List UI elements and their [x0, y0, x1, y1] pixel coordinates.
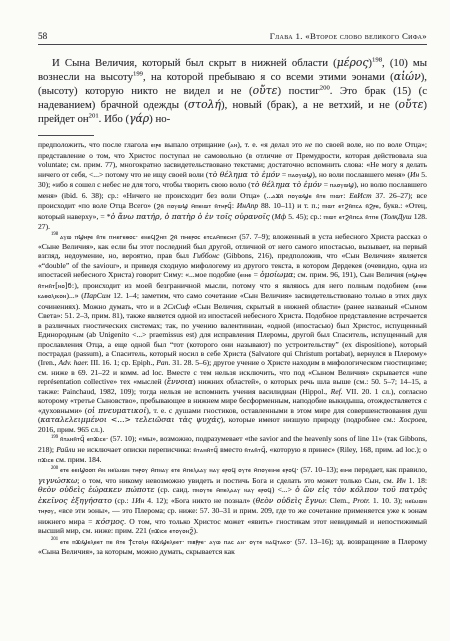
text-run: не исключает описки переписчика:: [75, 445, 193, 454]
coptic-text: ⲁϫⲛ̄ ⲡⲟⲩⲱϣⲉ ⲛ̄ⲧⲉ ⲡⲓⲱⲧ: [272, 192, 343, 200]
greek-text: αἰών: [394, 70, 421, 83]
italic-text: Хосроев: [399, 415, 425, 424]
greek-text: μέρος: [337, 56, 369, 69]
footnote-marker: 199: [133, 71, 143, 78]
running-title: Глава 1. «Второе слово великого Сифа»: [270, 31, 427, 41]
greek-text: στολή: [188, 98, 221, 111]
italic-text: Райли: [56, 445, 75, 454]
text-run: ), но воли пославшего меня» (: [312, 170, 410, 179]
greek-text: οὔτε: [253, 84, 278, 97]
greek-text: τὸ θέλημα τὸ ἐμόν: [251, 180, 322, 189]
text-run: ; о том, что никому невозможно увидеть и…: [77, 476, 396, 485]
text-run: =: [280, 170, 288, 179]
coptic-text: ⲉⲧⲉ ⲡϫⲓϣⲉⲗⲉⲉⲧ ⲡⲉ ⲛ̄ⲧⲉ ϯⲥⲧⲟⲗⲏ ⲛ̄ϫⲓϣⲉⲗⲉⲉⲧ·…: [60, 538, 292, 546]
text-run: 5. 45); ср.:: [286, 212, 323, 221]
italic-text: 2СлСиф: [163, 302, 189, 311]
footnote-number: 199: [51, 435, 58, 440]
coptic-text: ⲉⲓⲣⲉ: [151, 141, 162, 149]
greek-text: οἱ πνευματικοί: [87, 406, 146, 415]
italic-text: ЕвИст: [349, 191, 371, 200]
page-header: 58 Глава 1. «Второе слово великого Сифа»: [38, 31, 427, 45]
italic-text: ПарСим: [84, 291, 111, 300]
greek-text: γάρ: [129, 112, 149, 125]
footnotes: предположить, что после глагола ⲉⲓⲣⲉ вып…: [38, 140, 427, 556]
footnote-paragraph: 200ⲉⲧⲉ ⲉⲉⲓϣⲟⲟⲡ ⲙ̄ⲛ ⲛⲉⲓ̈ⲁⲓⲱⲛ ⲧⲏⲣⲟⲩ ⲙ̄ⲡⲛⲁⲩ…: [38, 465, 427, 536]
italic-text: Гиббонс: [193, 251, 219, 260]
footnote-paragraph: 201ⲉⲧⲉ ⲡϫⲓϣⲉⲗⲉⲉⲧ ⲡⲉ ⲛ̄ⲧⲉ ϯⲥⲧⲟⲗⲏ ⲛ̄ϫⲓϣⲉⲗⲉ…: [38, 537, 427, 557]
greek-text: τὸ θέλημα τὸ ἐμόν: [208, 170, 279, 179]
text-run: ; см. прим. 96, 191), Сын Величия (: [293, 270, 408, 279]
coptic-text: ⲛ̄ⲧⲁⲛⲛ̄ⲧϥ̄ ⲉⲡϫⲓⲥⲉ·: [60, 435, 108, 443]
text-run: )...» (: [66, 291, 83, 300]
italic-text: Ин: [397, 476, 406, 485]
italic-text: Ref.: [331, 387, 343, 396]
text-run: ), новый (брак), а не ветхий, и не (: [221, 99, 399, 111]
greek-text: καταλελειμμένοι <...> τελειῶσαι τὰς ψυχά…: [41, 415, 221, 424]
coptic-text: ⲛ̄ⲧⲁⲛ̄ⲧϥ̄: [245, 446, 266, 454]
coptic-text: ⲉⲓⲛⲉ: [240, 271, 252, 279]
greek-text: θεὸν οὐδεὶς ἔγνω: [256, 496, 325, 505]
text-run: , «которую я принес» (Riley, 168, прим. …: [266, 445, 427, 454]
text-run: ) но-: [149, 113, 170, 125]
italic-text: 1Ин: [131, 496, 144, 505]
text-run: ) <...>: [272, 485, 295, 494]
text-run: (ср.:: [112, 496, 131, 505]
coptic-text: ⲡⲁⲟⲩⲱϣ: [288, 171, 312, 179]
footnote-separator: [38, 135, 94, 136]
footnote-number: 200: [51, 466, 58, 471]
greek-text: γιγνώσκω: [38, 476, 77, 485]
italic-text: не: [305, 140, 312, 149]
coptic-text: ⲡϫⲓⲥⲉ ⲉⲧⲟⲩⲟⲛϩ̄: [151, 527, 193, 535]
page-number: 58: [38, 31, 47, 41]
footnote-marker: 200: [320, 85, 330, 92]
italic-text: ИнАпр: [237, 201, 258, 210]
italic-text: ТолкДуш: [383, 212, 411, 221]
book-page: 58 Глава 1. «Второе слово великого Сифа»…: [0, 0, 450, 641]
text-run: И Сына Величия, который был скрыт в нижн…: [52, 57, 337, 69]
coptic-text: ⲡⲓⲱⲧ ⲉⲧϩⲛ̄ⲡⲥⲁ ⲛ̄ⲧⲡⲉ: [324, 213, 379, 221]
italic-text: Ин: [410, 170, 419, 179]
greek-text: οὔτε: [399, 98, 424, 111]
text-run: ).: [193, 526, 197, 535]
footnote-paragraph: предположить, что после глагола ⲉⲓⲣⲉ вып…: [38, 140, 427, 231]
greek-text: κόσμος: [96, 517, 125, 526]
coptic-text: ⲁⲩⲱ ⲡϣⲏⲣⲉ ⲛ̄ⲧⲉ ⲡⲙⲉⲅⲉⲑⲟⲥ· ⲉⲛⲉϥϩⲏⲡ ϩⲛ̄ ⲡⲙⲉ…: [60, 233, 237, 241]
text-run: (ср. саид.: [155, 485, 193, 494]
italic-text: Мф: [274, 212, 286, 221]
footnote-number: 198: [51, 232, 58, 237]
coptic-text: ϩⲛ̄ ⲡⲟⲩⲱϣ ⲙ̄ⲡⲉⲓⲱⲧ ⲛ̄ⲧⲏⲣϥ̄: [156, 202, 232, 210]
footnote-paragraph: 198ⲁⲩⲱ ⲡϣⲏⲣⲉ ⲛ̄ⲧⲉ ⲡⲙⲉⲅⲉⲑⲟⲥ· ⲉⲛⲉϥϩⲏⲡ ϩⲛ̄ …: [38, 232, 427, 435]
text-run: передает, как правило,: [352, 465, 427, 474]
text-run: =: [322, 180, 330, 189]
text-run: 88. 10–11) и т. п.;: [258, 201, 322, 210]
footnote-paragraph: 199ⲛ̄ⲧⲁⲛⲛ̄ⲧϥ̄ ⲉⲡϫⲓⲥⲉ· (57. 10); «мы», во…: [38, 434, 427, 465]
footnote-number: 201: [51, 537, 58, 542]
footnote-marker: 198: [372, 56, 382, 63]
text-run: : Clem.,: [325, 496, 353, 505]
text-run: см. прим. 184.: [54, 455, 102, 464]
text-run: (57. 10–13);: [299, 465, 341, 474]
text-run: 1. 18:: [406, 476, 427, 485]
text-run: III. 16. 1; ср. Epiph.,: [89, 358, 157, 367]
greek-text: θεὸν οὐδεὶς ἑώρακεν πώποτε: [38, 485, 155, 494]
coptic-text: ⲉⲧⲉ ⲉⲉⲓϣⲟⲟⲡ ⲙ̄ⲛ ⲛⲉⲓ̈ⲁⲓⲱⲛ ⲧⲏⲣⲟⲩ ⲙ̄ⲡⲛⲁⲩ ⲉⲧ…: [60, 466, 298, 474]
text-run: . Ибо (: [99, 113, 129, 125]
text-run: 4. 12); «Бога никто не познал» (: [144, 496, 255, 505]
text-run: ), которые имеют низшую природу (подробн…: [221, 415, 399, 424]
coptic-text: ⲡⲓⲱⲧ ⲉⲧϩⲛ̄ⲡⲥⲁ ⲛ̄ϩⲣⲉ: [322, 202, 379, 210]
footnote-marker: 201: [89, 113, 99, 120]
coptic-text: ⲛ̄ⲧⲁⲛⲛ̄ⲧϥ̄: [194, 446, 219, 454]
coptic-text: ⲡϫⲓⲥⲉ: [38, 456, 54, 464]
text-run: 1. 10. 3);: [370, 496, 405, 505]
text-run: =: [252, 270, 260, 279]
text-run: выпало отрицание (: [161, 140, 230, 149]
italic-text: Adv. haer.: [59, 358, 89, 367]
greek-text: ἔννοια: [167, 377, 193, 386]
text-run: , на которой пребываю я со всеми этими э…: [143, 71, 394, 83]
text-run: ) постиг: [277, 85, 319, 97]
greek-text: ὁμοίωμα: [260, 270, 293, 279]
text-run: предположить, что после глагола: [38, 140, 151, 149]
greek-text: ὁ ἄνω πατήρ, ὁ πατὴρ ὁ ἐν τοῖς οὐρανοῖς: [111, 212, 270, 221]
italic-text: Pan.: [156, 358, 170, 367]
coptic-text: ⲡⲁⲟⲩⲱϣ: [330, 181, 354, 189]
text-run: ), происходит из моей безграничной мысли…: [74, 281, 415, 290]
coptic-text: ⲡⲛⲟⲩⲧⲉ ⲙ̄ⲡⲉⲗⲁⲁⲩ ⲛⲁⲩ ⲉⲣⲟϥ: [192, 486, 271, 494]
text-run: ), т. е. «я делал это: [237, 140, 305, 149]
text-run: вместо: [218, 445, 245, 454]
italic-text: Protr.: [353, 496, 370, 505]
main-paragraph: И Сына Величия, который был скрыт в нижн…: [38, 56, 427, 126]
coptic-text: ⲉⲓⲙⲉ: [340, 466, 352, 474]
